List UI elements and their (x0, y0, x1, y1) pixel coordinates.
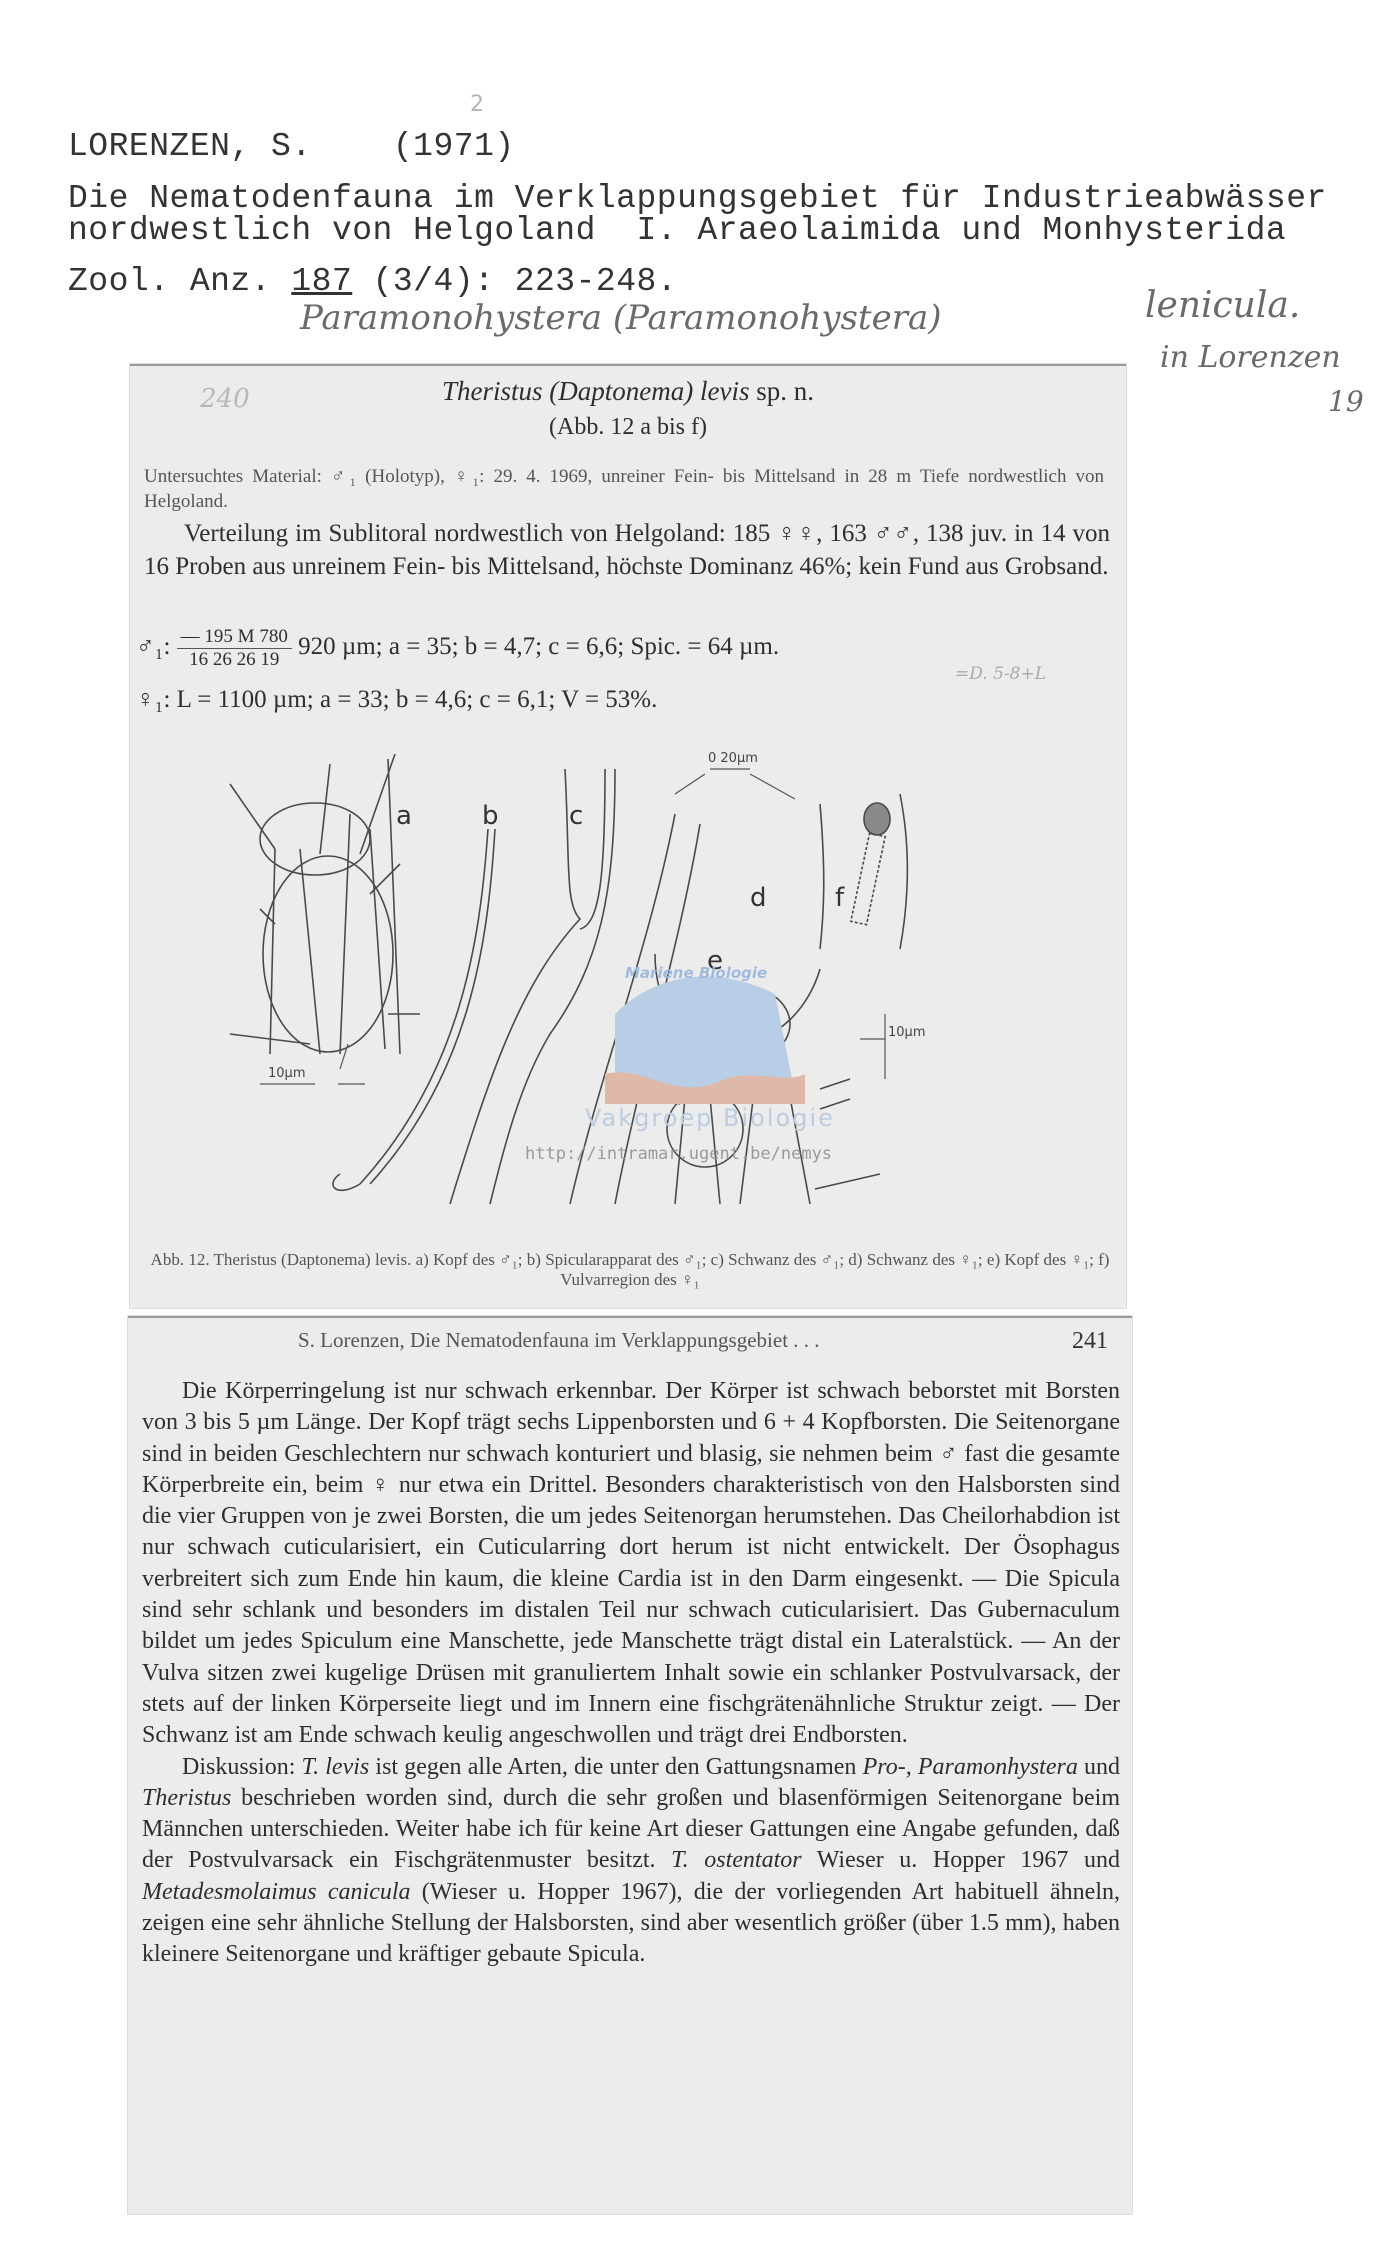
male-values: 920 µm; a = 35; b = 4,7; c = 6,6; Spic. … (298, 633, 779, 660)
discussion-text: und (1078, 1754, 1120, 1780)
discussion-paragraph: Diskussion: T. levis ist gegen alle Arte… (142, 1752, 1120, 1971)
species-ref: Theristus (142, 1785, 231, 1811)
male-measurements: ♂₁: — 195 M 78016 26 26 19 920 µm; a = 3… (136, 626, 779, 671)
species-ref: Pro-, Paramonhystera (863, 1754, 1078, 1780)
clipping-description-text: S. Lorenzen, Die Nematodenfauna im Verkl… (128, 1316, 1132, 2214)
handwritten-year-note: 19 (1328, 385, 1364, 418)
distribution-paragraph: Verteilung im Sublitoral nordwestlich vo… (144, 517, 1110, 583)
panel-label-f: f (835, 883, 845, 913)
female-values: L = 1100 µm; a = 33; b = 4,6; c = 6,1; V… (177, 686, 658, 713)
description-paragraph: Die Körperringelung ist nur schwach erke… (142, 1376, 1120, 1752)
female-measurements: ♀₁: L = 1100 µm; a = 33; b = 4,6; c = 6,… (136, 686, 657, 714)
species-suffix: sp. n. (749, 376, 814, 406)
panel-label-b: b (482, 801, 499, 831)
species-ref: T. ostentator (671, 1847, 801, 1873)
male-formula-top: — 195 M 780 (177, 626, 292, 649)
description-body: Die Körperringelung ist nur schwach erke… (142, 1376, 1120, 1971)
watermark-url: http://intramar.ugent.be/nemys (525, 1144, 832, 1164)
figure-caption: Abb. 12. Theristus (Daptonema) levis. a)… (140, 1250, 1120, 1290)
species-title: Theristus (Daptonema) levis sp. n. (130, 376, 1126, 407)
male-label: ♂₁: (136, 633, 170, 660)
material-paragraph: Untersuchtes Material: ♂₁ (Holotyp), ♀₁:… (144, 464, 1104, 514)
female-label: ♀₁: (136, 686, 170, 713)
watermark-arc-text: Mariene Biologie (625, 964, 767, 982)
journal-page-number: 241 (1072, 1328, 1108, 1355)
male-formula: — 195 M 78016 26 26 19 (177, 626, 292, 671)
discussion-text: ist gegen alle Arten, die unter den Gatt… (369, 1754, 862, 1780)
clipping-bottom-rule (128, 1316, 1132, 1318)
panel-a-head-drawing (230, 754, 420, 1054)
panel-label-a: a (396, 801, 412, 831)
journal-citation: Zool. Anz. 187 (3/4): 223-248. (68, 263, 677, 301)
journal-suffix: (3/4): 223-248. (352, 263, 677, 300)
species-name: Theristus (Daptonema) levis (442, 376, 749, 406)
handwritten-genus-note: Paramonohystera (Paramonohystera) (300, 298, 942, 338)
male-formula-bottom: 16 26 26 19 (177, 649, 292, 671)
panel-b-spicule-drawing (360, 829, 495, 1184)
scale-label-left: 10µm (268, 1066, 305, 1081)
scale-label-right: 10µm (888, 1025, 925, 1040)
handwritten-side-note: =D. 5-8+L (955, 664, 1046, 684)
figure-reference: (Abb. 12 a bis f) (130, 414, 1126, 441)
clipping-top-rule (130, 364, 1126, 366)
species-ref: T. levis (302, 1754, 370, 1780)
title-line-2: nordwestlich von Helgoland I. Araeolaimi… (68, 212, 1286, 250)
page-mark: 2 (470, 92, 484, 117)
watermark: Mariene Biologie Vakgroep Biologie http:… (525, 954, 865, 1184)
species-ref: Metadesmolaimus canicula (142, 1879, 411, 1905)
running-head-text: S. Lorenzen, Die Nematodenfauna im Verkl… (298, 1328, 820, 1353)
handwritten-species-note: lenicula. (1145, 285, 1300, 326)
watermark-group-text: Vakgroep Biologie (585, 1104, 835, 1132)
clipping-species-description: 240 Theristus (Daptonema) levis sp. n. (… (130, 364, 1126, 1308)
journal-prefix: Zool. Anz. (68, 263, 291, 300)
discussion-text: Wieser u. Hopper 1967 und (802, 1847, 1120, 1873)
scale-label-top: 0 20µm (708, 751, 758, 766)
discussion-lead: Diskussion: (182, 1754, 302, 1780)
panel-label-c: c (569, 801, 583, 831)
handwritten-in-note: in Lorenzen (1160, 340, 1341, 375)
author-year: LORENZEN, S. (1971) (68, 128, 515, 166)
journal-volume: 187 (291, 263, 352, 300)
panel-label-d: d (750, 883, 767, 913)
